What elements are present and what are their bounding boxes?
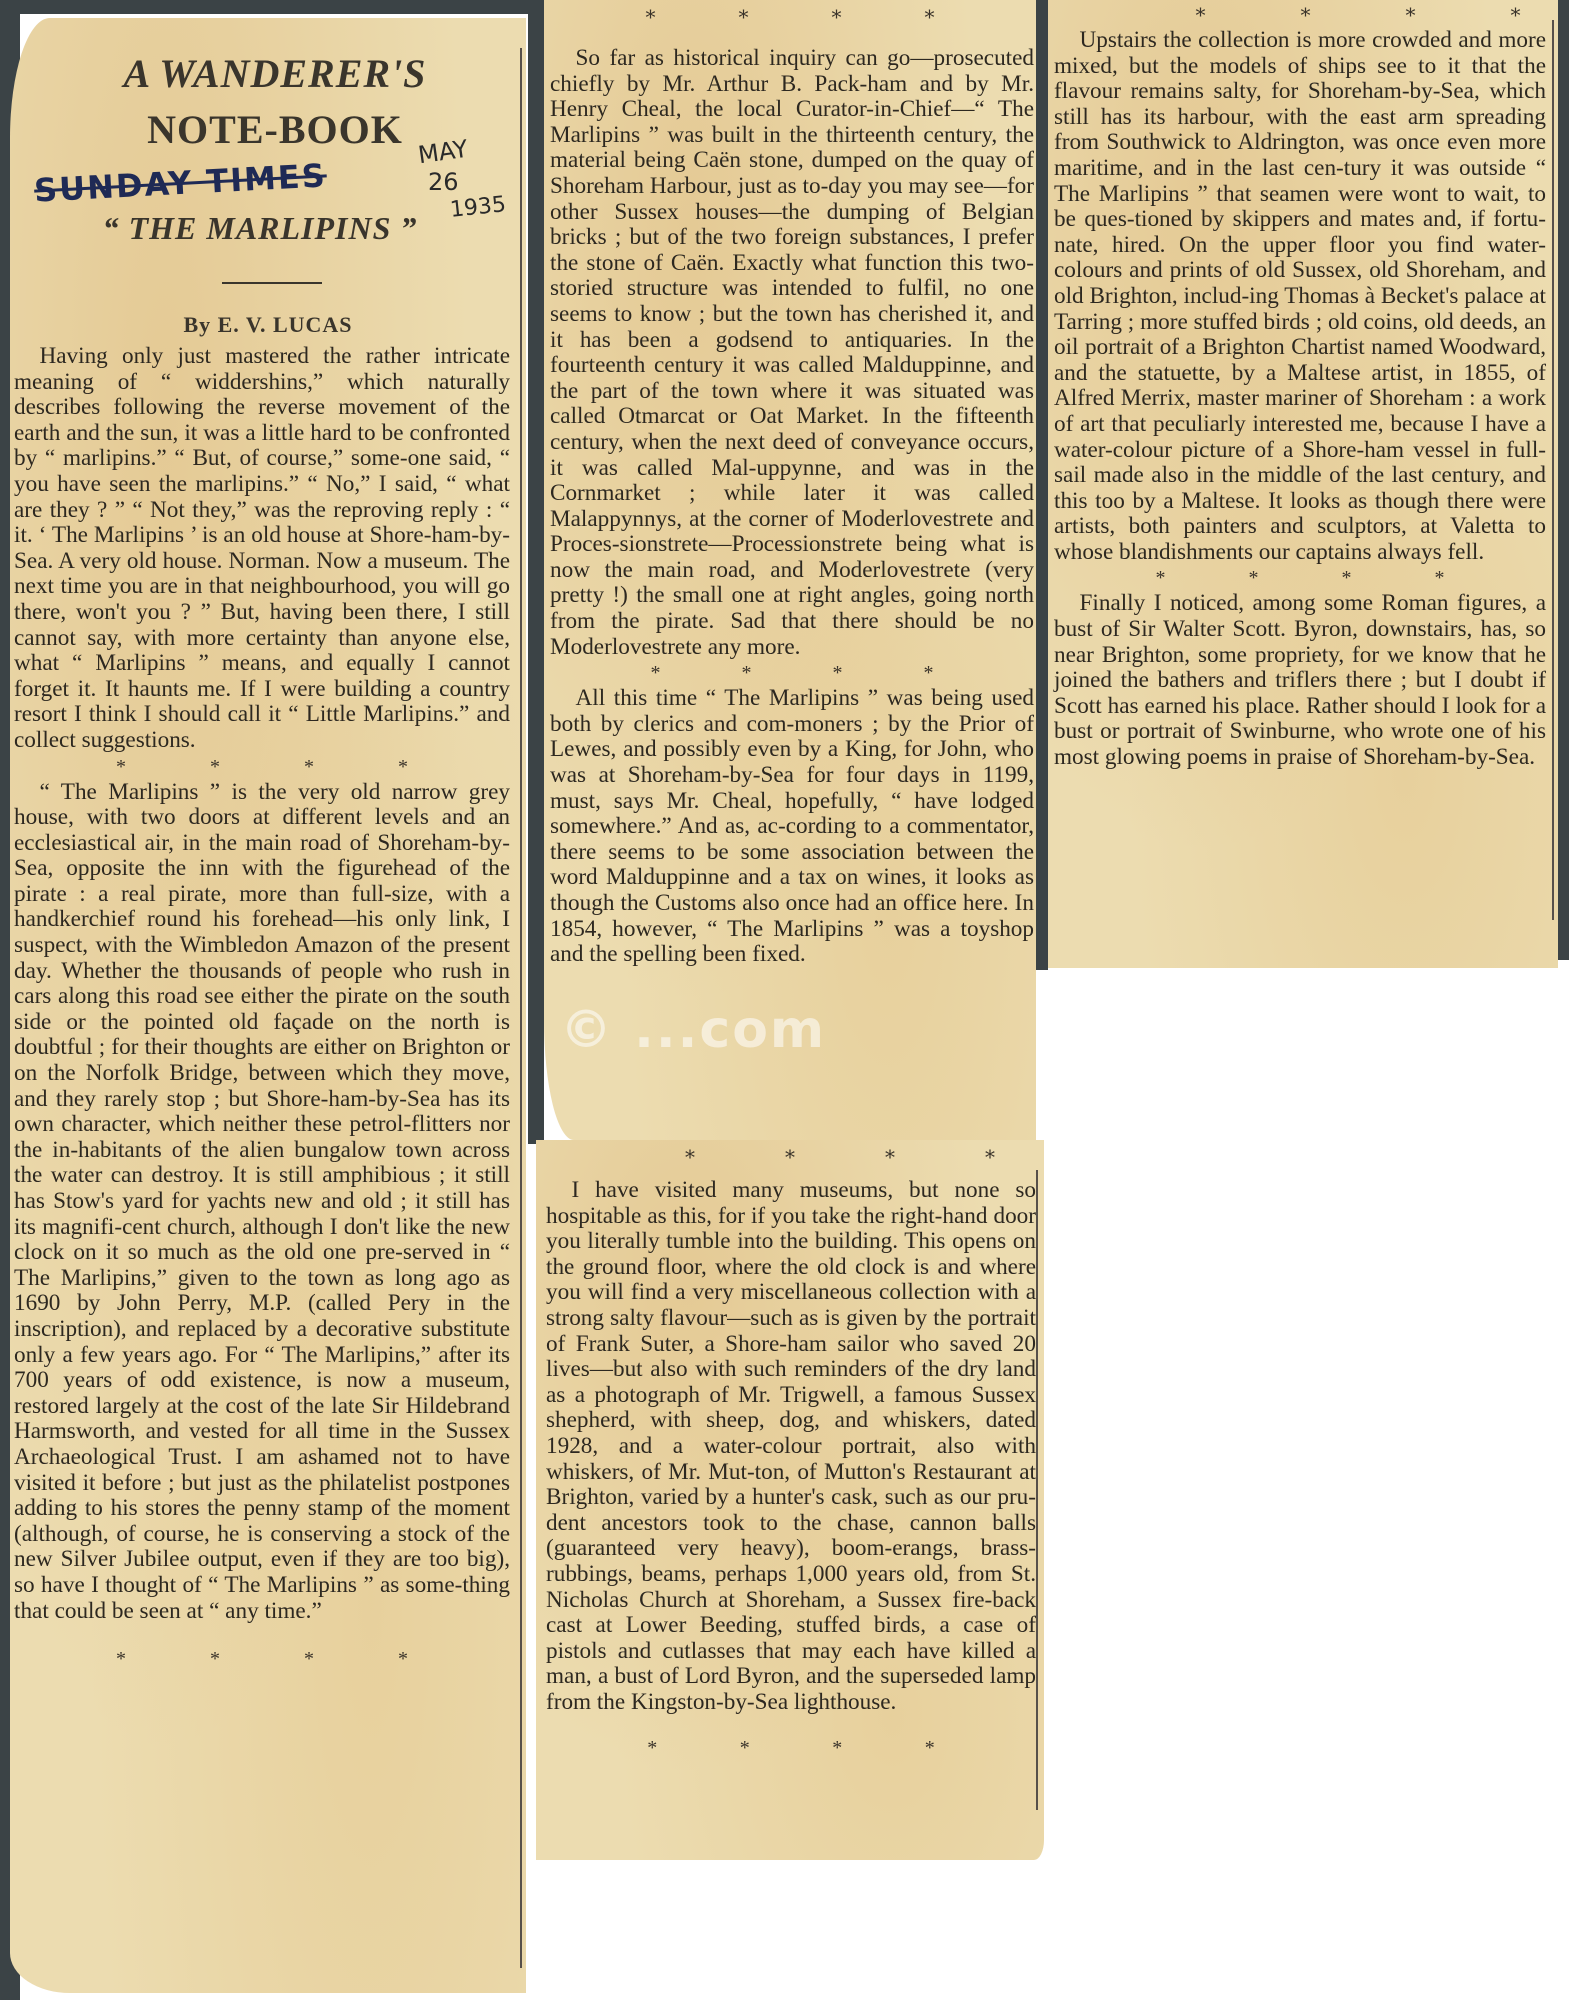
article-subtitle: “ THE MARLIPINS ”: [60, 210, 460, 247]
column-rule: [520, 48, 522, 1968]
section-separator: ****: [1088, 2, 1569, 28]
clipping-column-1: A WANDERER'S NOTE-BOOK “ THE MARLIPINS ”…: [10, 18, 526, 1993]
section-separator: ****: [14, 754, 510, 780]
section-separator: ****: [544, 4, 1036, 30]
headline-line-1: A WANDERER'S: [40, 50, 510, 97]
clipping-column-3: **** Upstairs the collection is more cro…: [1048, 0, 1558, 968]
paragraph: All this time “ The Marlipins ” was bein…: [550, 686, 1034, 968]
section-separator: ****: [550, 660, 1034, 686]
column-2-text-top: So far as historical inquiry can go—pros…: [550, 46, 1034, 968]
section-separator: ****: [580, 1144, 1100, 1170]
mounting-backing-right: [1558, 0, 1569, 960]
paragraph: Upstairs the collection is more crowded …: [1054, 28, 1546, 565]
column-3-text: Upstairs the collection is more crowded …: [1054, 28, 1546, 771]
paragraph: Finally I noticed, among some Roman figu…: [1054, 591, 1546, 770]
paragraph: So far as historical inquiry can go—pros…: [550, 46, 1034, 660]
mounting-backing-gap-2: [1036, 0, 1048, 970]
section-separator: ****: [14, 1646, 510, 1672]
clipping-column-2-bottom: **** I have visited many museums, but no…: [536, 1140, 1044, 1860]
clipping-column-2-top: **** So far as historical inquiry can go…: [544, 0, 1036, 1140]
handwritten-day: 26: [428, 168, 459, 196]
paragraph: Having only just mastered the rather int…: [14, 344, 510, 754]
headline-rule: [222, 282, 322, 284]
section-separator: ****: [546, 1735, 1036, 1761]
paragraph: “ The Marlipins ” is the very old narrow…: [14, 780, 510, 1625]
column-rule: [1036, 1170, 1038, 1810]
column-rule: [1552, 20, 1554, 920]
byline: By E. V. LUCAS: [10, 312, 526, 338]
column-1-text: Having only just mastered the rather int…: [14, 344, 510, 1672]
watermark: © ...com: [560, 1000, 826, 1060]
column-2-text-bottom: I have visited many museums, but none so…: [546, 1178, 1036, 1761]
section-separator: ****: [1054, 565, 1546, 591]
mounting-backing-gap-1: [528, 14, 544, 1144]
paragraph: I have visited many museums, but none so…: [546, 1178, 1036, 1715]
